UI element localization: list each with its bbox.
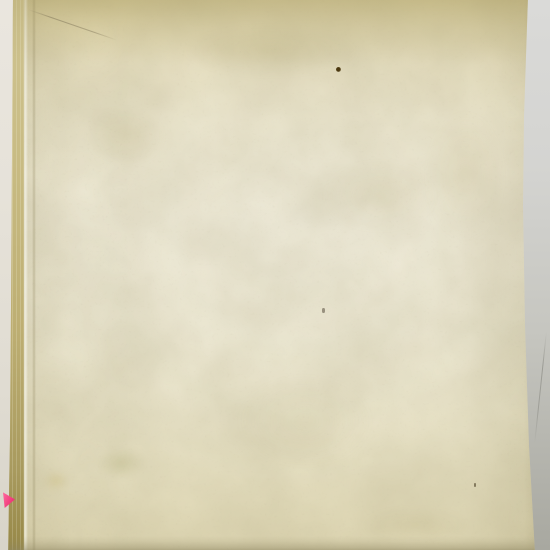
bottom-shadow <box>0 536 550 550</box>
cover-top-aging <box>0 0 550 66</box>
background-scratch-line <box>534 332 547 443</box>
cover-texture <box>0 0 550 550</box>
spine-groove <box>32 0 36 550</box>
book-photo <box>0 0 550 550</box>
small-speck <box>322 308 325 313</box>
spine-highlight <box>23 0 28 550</box>
book <box>0 0 550 550</box>
small-speck <box>474 483 476 487</box>
foxing-spot <box>336 67 341 72</box>
